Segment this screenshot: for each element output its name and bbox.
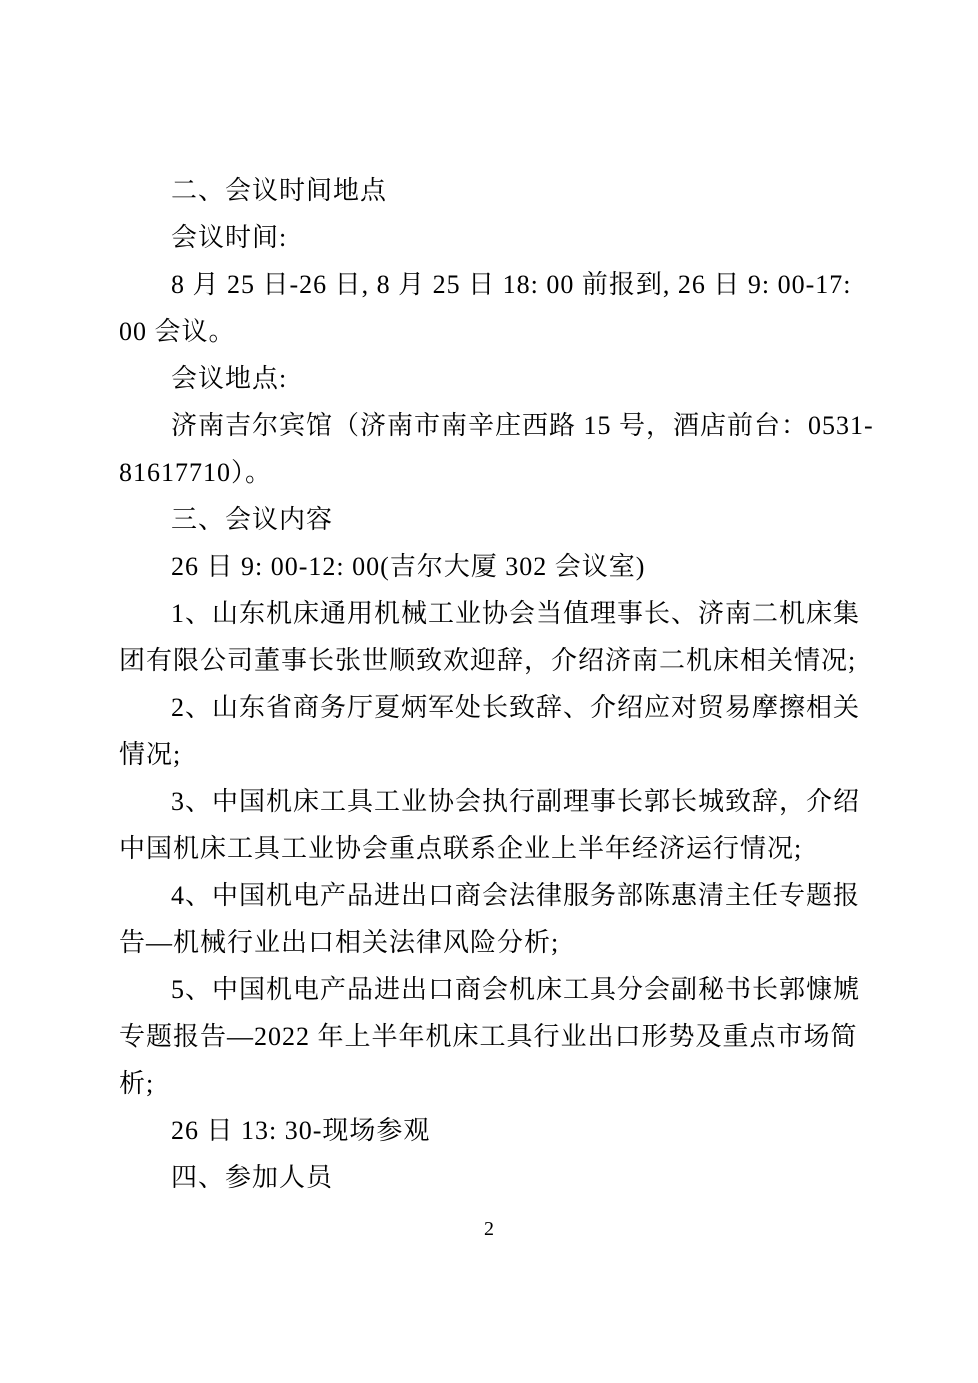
doc-line: 会议地点: <box>119 355 860 402</box>
doc-line: 会议时间: <box>119 214 860 261</box>
doc-line: 四、参加人员 <box>119 1154 860 1201</box>
doc-line: 81617710）。 <box>119 449 860 496</box>
doc-line: 8 月 25 日-26 日, 8 月 25 日 18: 00 前报到, 26 日… <box>119 261 860 308</box>
doc-line: 3、中国机床工具工业协会执行副理事长郭长城致辞，介绍 <box>119 778 860 825</box>
page-footer: 2 <box>0 1215 978 1243</box>
doc-line: 2、山东省商务厅夏炳军处长致辞、介绍应对贸易摩擦相关 <box>119 684 860 731</box>
doc-line: 团有限公司董事长张世顺致欢迎辞，介绍济南二机床相关情况; <box>119 637 860 684</box>
doc-line: 专题报告—2022 年上半年机床工具行业出口形势及重点市场简 <box>119 1013 860 1060</box>
doc-line: 00 会议。 <box>119 308 860 355</box>
doc-line: 4、中国机电产品进出口商会法律服务部陈惠清主任专题报 <box>119 872 860 919</box>
doc-line: 26 日 9: 00-12: 00(吉尔大厦 302 会议室) <box>119 543 860 590</box>
doc-line: 情况; <box>119 731 860 778</box>
document-page: { "page": { "background": "#ffffff", "te… <box>0 0 978 1383</box>
doc-line: 三、会议内容 <box>119 496 860 543</box>
doc-line: 中国机床工具工业协会重点联系企业上半年经济运行情况; <box>119 825 860 872</box>
page-number: 2 <box>484 1215 494 1243</box>
doc-line: 26 日 13: 30-现场参观 <box>119 1107 860 1154</box>
doc-line: 1、山东机床通用机械工业协会当值理事长、济南二机床集 <box>119 590 860 637</box>
doc-line: 二、会议时间地点 <box>119 167 860 214</box>
document-body: 二、会议时间地点会议时间:8 月 25 日-26 日, 8 月 25 日 18:… <box>119 167 860 1201</box>
doc-line: 析; <box>119 1060 860 1107</box>
doc-line: 告—机械行业出口相关法律风险分析; <box>119 919 860 966</box>
doc-line: 济南吉尔宾馆（济南市南辛庄西路 15 号，酒店前台：0531- <box>119 402 860 449</box>
doc-line: 5、中国机电产品进出口商会机床工具分会副秘书长郭慷虓 <box>119 966 860 1013</box>
